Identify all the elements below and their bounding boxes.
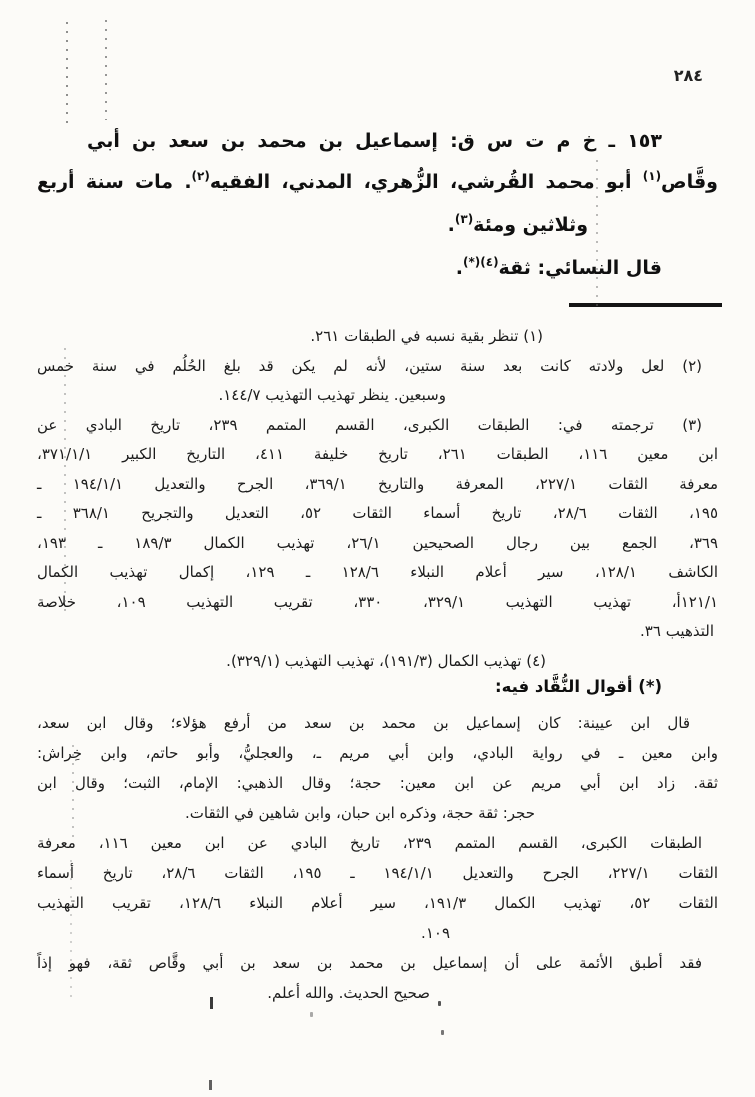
footnote-3-line-8: التذهيب ٣٦.	[37, 617, 718, 647]
footnote-separator-rule	[569, 303, 722, 307]
entry-text: وقَّاص	[661, 171, 718, 193]
critics-section: (*) أقوال النُّقَّاد فيه: قال ابن عيينة:…	[37, 670, 718, 1008]
footnote-3-line-3: معرفة الثقات ٢٢٧/١، المعرفة والتاريخ ٣٦٩…	[37, 470, 718, 500]
entry-line-1: ١٥٣ ـ خ م ت س ق: إسماعيل بن محمد بن سعد …	[37, 121, 718, 162]
critics-heading: (*) أقوال النُّقَّاد فيه:	[37, 670, 718, 704]
critics-refs-line-1: الطبقات الكبرى، القسم المتمم ٢٣٩، تاريخ …	[37, 828, 718, 858]
scanned-book-page: ٢٨٤ ١٥٣ ـ خ م ت س ق: إسماعيل بن محمد بن …	[0, 0, 755, 1097]
entry-text: أبو محمد القُرشي، الزُّهري، المدني، الفق…	[210, 171, 643, 193]
entry-text: .	[448, 214, 455, 236]
entry-block: ١٥٣ ـ خ م ت س ق: إسماعيل بن محمد بن سعد …	[37, 121, 718, 291]
critics-p1-line-3: ثقة. زاد ابن أبي مريم عن ابن معين: حجة؛ …	[37, 768, 718, 798]
scan-artifact	[209, 1080, 212, 1090]
footnote-marker-3: (٣)	[455, 212, 473, 226]
page-number: ٢٨٤	[674, 66, 703, 85]
entry-text: .	[456, 257, 463, 279]
footnote-marker-1: (١)	[643, 169, 661, 183]
critics-p1-line-1: قال ابن عيينة: كان إسماعيل بن محمد بن سع…	[37, 708, 718, 738]
footnote-3-line-6: الكاشف ١٢٨/١، سير أعلام النبلاء ١٢٨/٦ ـ …	[37, 558, 718, 588]
entry-text: . مات سنة أربع	[37, 171, 192, 193]
scan-artifact	[310, 1012, 313, 1017]
footnote-2-line-1: (٢) لعل ولادته كانت بعد سنة ستين، لأنه ل…	[37, 352, 718, 382]
critics-p1-line-2: وابن معين ـ في رواية البادي، وابن أبي مر…	[37, 738, 718, 768]
entry-line-3: وثلاثين ومئة(٣).	[37, 205, 718, 248]
scan-artifact	[66, 22, 68, 124]
footnote-marker-4-star: (٤)(*)	[463, 255, 499, 269]
scan-artifact	[105, 20, 107, 120]
critics-refs-line-3: الثقات ٥٢، تهذيب الكمال ١٩١/٣، سير أعلام…	[37, 888, 718, 918]
footnote-3-line-5: ٣٦٩، الجمع بين رجال الصحيحين ٢٦/١، تهذيب…	[37, 529, 718, 559]
entry-line-2: وقَّاص(١) أبو محمد القُرشي، الزُّهري، ال…	[37, 162, 718, 205]
footnotes-block: (١) تنظر بقية نسبه في الطبقات ٢٦١. (٢) ل…	[37, 320, 718, 676]
entry-text: وثلاثين ومئة	[473, 214, 588, 236]
footnote-1: (١) تنظر بقية نسبه في الطبقات ٢٦١.	[37, 322, 718, 352]
critics-conclusion-line-2: صحيح الحديث. والله أعلم.	[37, 978, 718, 1008]
critics-conclusion-line-1: فقد أطبق الأئمة على أن إسماعيل بن محمد ب…	[37, 948, 718, 978]
critics-p1-line-4: حجر: ثقة حجة، وذكره ابن حبان، وابن شاهين…	[37, 798, 718, 828]
critics-refs-line-4: ١٠٩.	[37, 918, 718, 948]
entry-text: قال النسائي: ثقة	[499, 257, 662, 279]
scan-artifact	[441, 1030, 444, 1035]
footnote-3-line-1: (٣) ترجمته في: الطبقات الكبرى، القسم الم…	[37, 411, 718, 441]
footnote-3-line-4: ١٩٥، الثقات ٢٨/٦، تاريخ أسماء الثقات ٥٢،…	[37, 499, 718, 529]
footnote-3-line-7: ١٢١/١أ، تهذيب التهذيب ٣٢٩/١، ٣٣٠، تقريب …	[37, 588, 718, 618]
footnote-3-line-2: ابن معين ١١٦، الطبقات ٢٦١، تاريخ خليفة ٤…	[37, 440, 718, 470]
footnote-marker-2: (٢)	[192, 169, 210, 183]
entry-line-4: قال النسائي: ثقة(٤)(*).	[37, 248, 718, 291]
footnote-2-line-2: وسبعين. ينظر تهذيب التهذيب ١٤٤/٧.	[37, 381, 718, 411]
critics-refs-line-2: الثقات ٢٢٧/١، الجرح والتعديل ١٩٤/١/١ ـ ١…	[37, 858, 718, 888]
